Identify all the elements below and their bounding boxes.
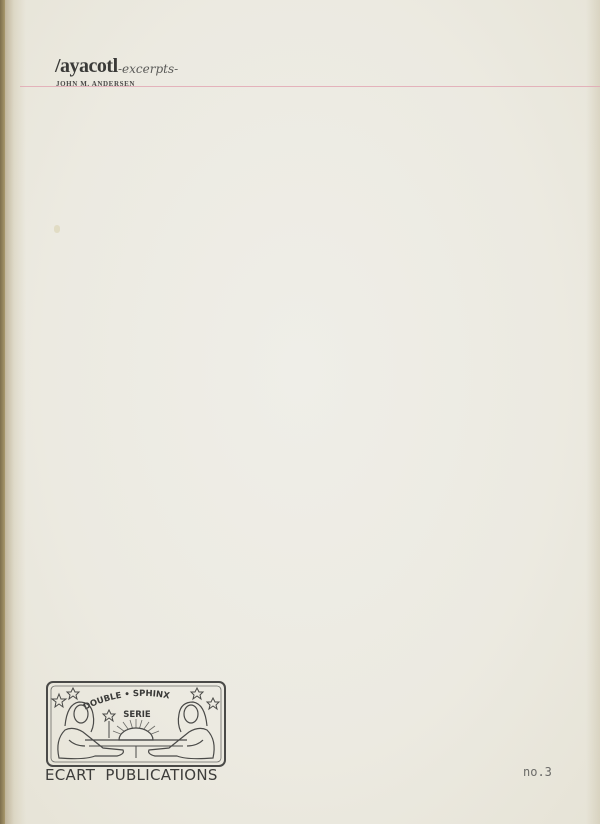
header-rule: [20, 86, 600, 87]
spine-edge: [0, 0, 5, 824]
cover-title: /ayacotl: [55, 55, 118, 78]
paper-blemish: [54, 225, 60, 233]
double-sphinx-emblem-icon: DOUBLE • SPHINX SERIE: [45, 680, 227, 768]
issue-number: no.3: [523, 765, 552, 779]
publisher-name: ECART PUBLICATIONS: [45, 766, 218, 784]
cover-subtitle: -excerpts-: [118, 62, 178, 76]
emblem-bottom-text: SERIE: [123, 710, 151, 720]
book-cover: /ayacotl -excerpts- JOHN M. ANDERSEN DOU…: [0, 0, 600, 824]
